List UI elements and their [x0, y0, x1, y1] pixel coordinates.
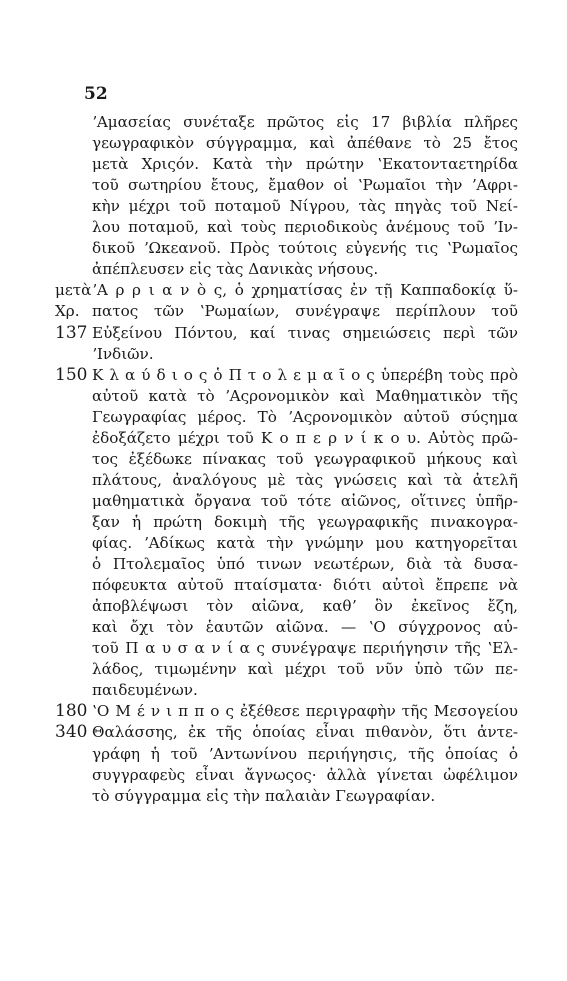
- text-line: λάδος, τιμωμένην καὶ μέχρι τοῦ νῦν ὑπὸ τ…: [92, 659, 518, 680]
- text-line: τὸ σύγγραμμα εἰς τὴν παλαιὰν Γεωγραφίαν.: [92, 786, 518, 807]
- text-line: Εὐξείνου Πόντου, καί τινας σημειώσεις πε…: [92, 323, 518, 344]
- text-line: πατος τῶν ʽΡωμαίων, συνέγραψε περίπλουν …: [92, 301, 518, 322]
- text-line: ἀπέπλευσεν εἰς τὰς Δανικὰς νήσους.: [92, 259, 518, 280]
- margin-note: 137: [55, 323, 91, 344]
- text-line: τος ἐξέδωκε πίνακας τοῦ γεωγραφικοῦ μήκο…: [92, 449, 518, 470]
- text-line: μετὰ Χριςόν. Κατὰ τὴν πρώτην ʽΕκατονταετ…: [92, 154, 518, 175]
- text-line: κὴν μέχρι τοῦ ποταμοῦ Νίγρου, τὰς πηγὰς …: [92, 196, 518, 217]
- text-line: παιδευμένων.: [92, 680, 518, 701]
- text-line: πλάτους, ἀναλόγους μὲ τὰς γνώσεις καὶ τὰ…: [92, 470, 518, 491]
- text-line: ʼΑ ρ ρ ι α ν ὸ ς, ὁ χρηματίσας ἐν τῇ Καπ…: [92, 280, 518, 301]
- text-line: τοῦ Π α υ σ α ν ί α ς συνέγραψε περιήγησ…: [92, 638, 518, 659]
- text-line: μαθηματικὰ ὄργανα τοῦ τότε αἰῶνος, οἵτιν…: [92, 491, 518, 512]
- text-line: ξαν ἡ πρώτη δοκιμὴ τῆς γεωγραφικῆς πινακ…: [92, 512, 518, 533]
- text-line: πόφευκτα αὐτοῦ πταίσματα· διότι αὐτοὶ ἔπ…: [92, 575, 518, 596]
- margin-note: 150: [55, 365, 91, 386]
- page-number: 52: [84, 84, 108, 104]
- text-line: Κ λ α ύ δ ι ο ς ὁ Π τ ο λ ε μ α ῖ ο ς ὑπ…: [92, 365, 518, 386]
- text-line: συγγραφεὺς εἶναι ἄγνωςος· ἀλλὰ γίνεται ὠ…: [92, 765, 518, 786]
- text-line: ʼΑμασείας συνέταξε πρῶτος εἰς 17 βιβλία …: [92, 112, 518, 133]
- text-line: ʼΙνδιῶν.: [92, 344, 518, 365]
- text-line: Γεωγραφίας μέρος. Τὸ ʼΑςρονομικὸν αὐτοῦ …: [92, 407, 518, 428]
- text-line: ἐδοξάζετο μέχρι τοῦ Κ ο π ε ρ ν ί κ ο υ.…: [92, 428, 518, 449]
- text-line: γεωγραφικὸν σύγγραμμα, καὶ ἀπέθανε τὸ 25…: [92, 133, 518, 154]
- text-line: ὁ Πτολεμαῖος ὑπό τινων νεωτέρων, διὰ τὰ …: [92, 554, 518, 575]
- margin-note: Χρ.: [55, 301, 91, 322]
- margin-note: 340: [55, 722, 91, 743]
- text-line: Θαλάσσης, ἐκ τῆς ὁποίας εἶναι πιθανὸν, ὅ…: [92, 722, 518, 743]
- text-line: τοῦ σωτηρίου ἔτους, ἔμαθον οἱ ʽΡωμαῖοι τ…: [92, 175, 518, 196]
- text-line: λου ποταμοῦ, καὶ τοὺς περιοδικοὺς ἀνέμου…: [92, 217, 518, 238]
- text-line: δικοῦ ʼΩκεανοῦ. Πρὸς τούτοις εὐγενής τις…: [92, 238, 518, 259]
- text-line: γράφη ἡ τοῦ ʼΑντωνίνου περιήγησις, τῆς ὁ…: [92, 744, 518, 765]
- text-line: αὐτοῦ κατὰ τὸ ʼΑςρονομικὸν καὶ Μαθηματικ…: [92, 386, 518, 407]
- text-line: καὶ ὄχι τὸν ἑαυτῶν αἰῶνα. — ʽΟ σύγχρονος…: [92, 617, 518, 638]
- text-line: ʽΟ Μ έ ν ι π π ο ς ἐξέθεσε περιγραφὴν τῆ…: [92, 701, 518, 722]
- margin-note: 180: [55, 701, 91, 722]
- text-line: φίας. ʼΑδίκως κατὰ τὴν γνώμην μου κατηγο…: [92, 533, 518, 554]
- text-line: ἀποβλέψωσι τὸν αἰῶνα, καθʼ ὃν ἐκεῖνος ἔζ…: [92, 596, 518, 617]
- margin-note: μετὰ: [55, 280, 91, 301]
